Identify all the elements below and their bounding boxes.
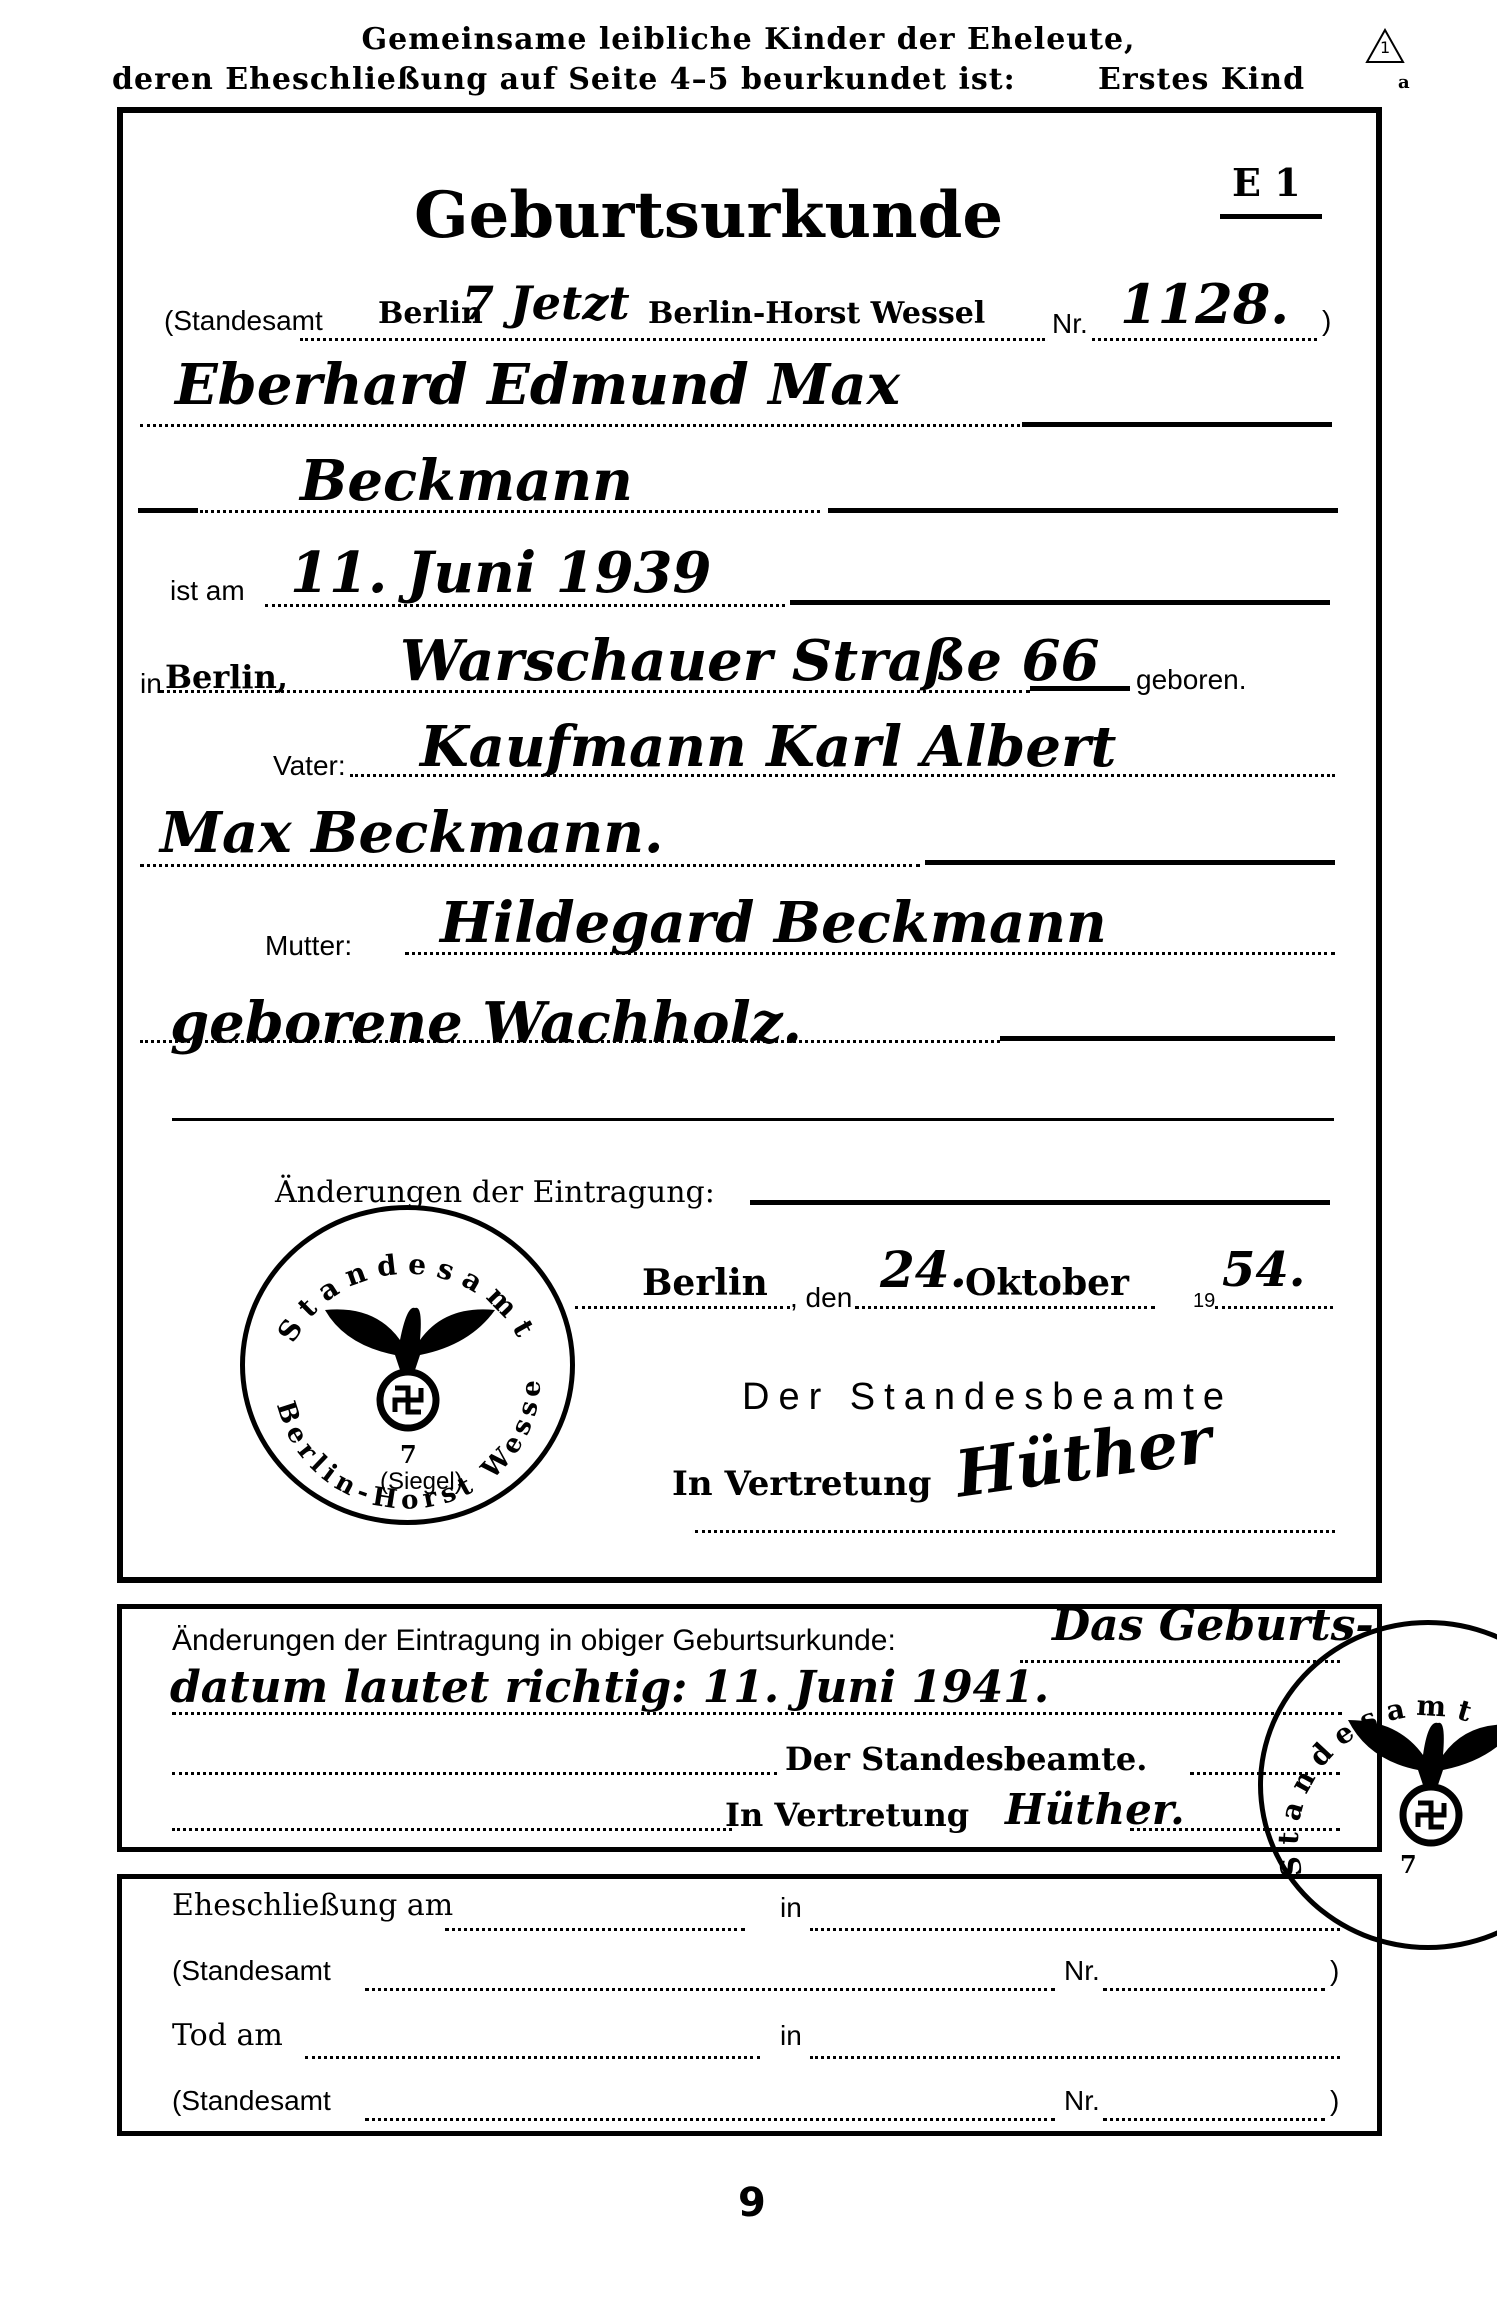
child-name-line-2-rule [200, 510, 820, 513]
born-in-label: in [140, 668, 162, 700]
issue-place-rule [575, 1306, 790, 1309]
marriage-number-field[interactable] [1103, 1988, 1325, 1991]
father-line-1: Kaufmann Karl Albert [420, 714, 1116, 780]
marriage-place-label: in [780, 1892, 802, 1924]
marriage-date-label: Eheschließung am [172, 1888, 453, 1923]
deputy-label: In Vertretung [672, 1464, 931, 1504]
child-name-line-2: Beckmann [300, 448, 633, 514]
marriage-registry-field[interactable] [365, 1988, 1055, 1991]
child-order-label: Erstes Kind [1098, 62, 1305, 97]
issue-date-rule [855, 1306, 1155, 1309]
amendment-official-title: Der Standesbeamte. [785, 1740, 1147, 1778]
father-line-2-fill [925, 860, 1335, 865]
year-prefix: 19 [1193, 1290, 1215, 1313]
number-line [1092, 338, 1317, 341]
child-name-line-2-lead [138, 508, 198, 513]
death-registry-label: (Standesamt [172, 2085, 331, 2117]
death-place-field[interactable] [810, 2056, 1340, 2059]
mother-line-2-rule [140, 1040, 1000, 1043]
mother-line-1-rule [405, 952, 1335, 955]
seal-label: (Siegel) [380, 1468, 463, 1496]
mother-line-2: geborene Wachholz. [170, 990, 802, 1056]
marriage-number-label: Nr. [1064, 1955, 1100, 1987]
header-line-1: Gemeinsame leibliche Kinder der Eheleute… [0, 22, 1497, 57]
mother-line-2-fill [1000, 1036, 1335, 1041]
amendments-line [750, 1200, 1330, 1205]
triangle-warning-icon: 1 [1365, 28, 1405, 64]
page-number: 9 [738, 2180, 766, 2226]
registry-line [300, 338, 1045, 341]
amendment-rule-3 [172, 1772, 777, 1775]
marriage-registry-label: (Standesamt [172, 1955, 331, 1987]
issue-year-rule [1215, 1306, 1333, 1309]
mother-label: Mutter: [265, 930, 352, 962]
death-date-label: Tod am [172, 2018, 283, 2053]
born-suffix: geboren. [1136, 664, 1247, 696]
issue-day: 24. [880, 1240, 967, 1299]
form-code-underline [1220, 214, 1322, 219]
registry-label: (Standesamt [164, 305, 323, 337]
death-date-field[interactable] [305, 2056, 760, 2059]
mother-line-1: Hildegard Beckmann [440, 890, 1107, 956]
death-number-field[interactable] [1103, 2118, 1325, 2121]
amendment-deputy-label: In Vertretung [725, 1796, 969, 1834]
amendment-rule-4 [172, 1828, 732, 1831]
birth-date-rule [265, 604, 785, 607]
issue-place: Berlin [642, 1262, 768, 1304]
issue-month: Oktober [965, 1262, 1129, 1304]
marriage-close-paren: ) [1330, 1955, 1339, 1987]
header-line-2: deren Eheschließung auf Seite 4–5 beurku… [112, 62, 1016, 97]
birth-place-fill [1030, 686, 1130, 691]
form-code: E 1 [1232, 160, 1301, 205]
blank-rule [172, 1118, 1334, 1121]
amendments-label: Änderungen der Eintragung: [275, 1175, 715, 1210]
father-line-2-rule [140, 864, 920, 867]
child-name-line-1-fill [1022, 422, 1332, 427]
child-name-line-1: Eberhard Edmund Max [175, 352, 900, 418]
amendment-handwritten-2: datum lautet richtig: 11. Juni 1941. [170, 1662, 1049, 1713]
child-name-line-1-rule [140, 424, 1020, 427]
second-seal-number: 7 [1400, 1850, 1417, 1879]
death-number-label: Nr. [1064, 2085, 1100, 2117]
marriage-place-field[interactable] [810, 1928, 1340, 1931]
death-registry-field[interactable] [365, 2118, 1055, 2121]
birth-date-fill [790, 600, 1330, 605]
official-seal: Standesamt Berlin-Horst Wessel 7 (Siegel… [240, 1205, 575, 1525]
amendment-box-label: Änderungen der Eintragung in obiger Gebu… [172, 1624, 896, 1658]
amendment-signature: Hüther. [1005, 1785, 1185, 1834]
born-on-label: ist am [170, 575, 245, 607]
father-line-2: Max Beckmann. [160, 800, 663, 866]
marriage-date-field[interactable] [445, 1928, 745, 1931]
amendment-rule-2 [172, 1712, 1342, 1715]
eagle-seal-icon [325, 1308, 495, 1428]
warning-marker: 1 [1380, 38, 1390, 57]
signature-rule [695, 1530, 1335, 1533]
number-label: Nr. [1052, 308, 1088, 340]
birth-address: Warschauer Straße 66 [400, 628, 1099, 694]
issue-year: 54. [1222, 1242, 1306, 1298]
registry-handwritten: 7 Jetzt [462, 276, 630, 330]
father-line-1-rule [350, 774, 1335, 777]
registry-name: Berlin-Horst Wessel [648, 296, 985, 331]
seal-number: 7 [400, 1440, 417, 1469]
registry-close-paren: ) [1322, 305, 1331, 337]
child-order-suffix: a [1398, 72, 1410, 93]
father-label: Vater: [273, 750, 346, 782]
death-close-paren: ) [1330, 2085, 1339, 2117]
death-place-label: in [780, 2020, 802, 2052]
eagle-seal-icon [1348, 1720, 1497, 1843]
child-name-line-2-fill [828, 508, 1338, 513]
certificate-number: 1128. [1120, 272, 1289, 336]
birth-place-rule [160, 690, 1030, 693]
birth-date: 11. Juni 1939 [290, 540, 711, 606]
date-prefix: , den [790, 1282, 852, 1314]
